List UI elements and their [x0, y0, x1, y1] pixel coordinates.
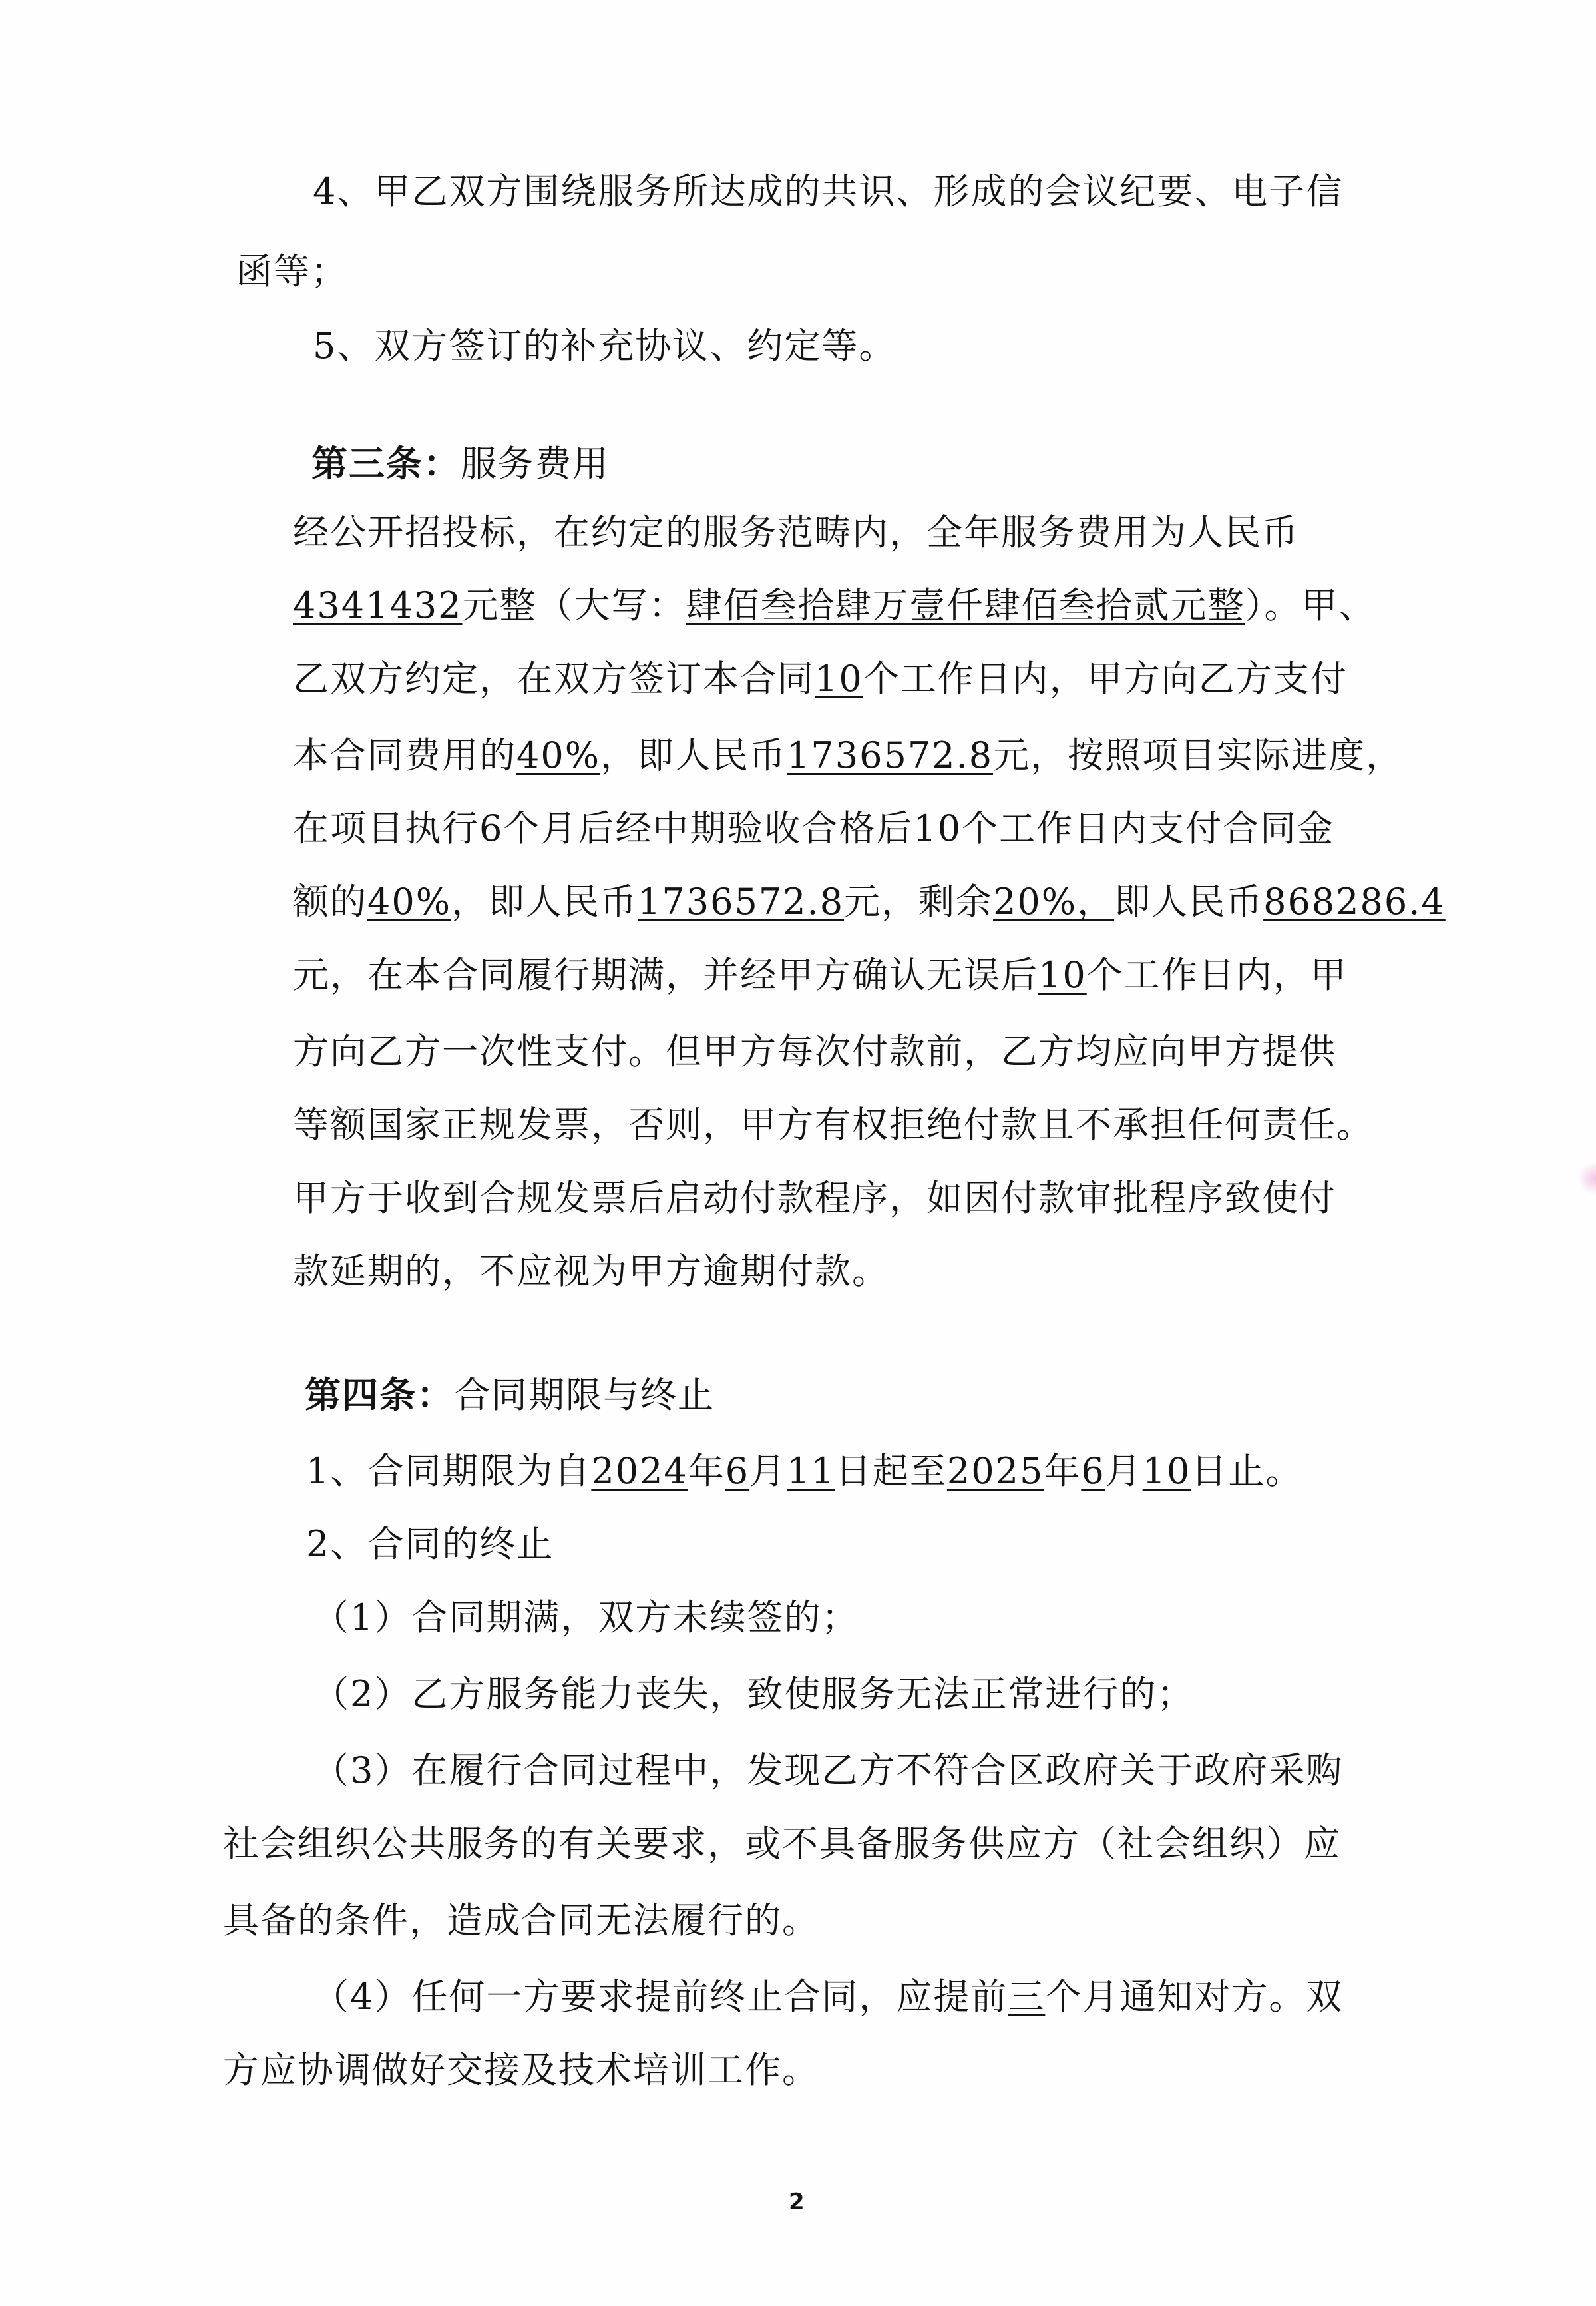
contract-term: 1、合同期限为自2024年6月11日起至2025年6月10日止。: [306, 1447, 1302, 1495]
notice-months: 三: [1008, 1976, 1045, 2018]
item-4-line-1: 4、甲乙双方围绕服务所达成的共识、形成的会议纪要、电子信: [313, 168, 1343, 216]
clause-3-line-1: 经公开招投标，在约定的服务范畴内，全年服务费用为人民币: [293, 509, 1299, 557]
end-month: 6: [1081, 1450, 1105, 1492]
clause-3-heading: 第三条：服务费用: [311, 439, 610, 488]
clause-3-line-2: 4341432元整（大写：肆佰叁拾肆万壹仟肆佰叁拾贰元整）。甲、: [293, 582, 1376, 630]
clause-3-label: 第三条：: [311, 442, 461, 485]
clause-3-line-6: 额的40%，即人民币1736572.8元，剩余20%，即人民币868286.4: [293, 878, 1446, 926]
start-day: 11: [787, 1450, 835, 1492]
clause-4-label: 第四条：: [305, 1373, 454, 1416]
termination-title: 2、合同的终止: [306, 1520, 554, 1568]
first-payment-pct: 40%: [516, 734, 600, 776]
end-year: 2025: [947, 1450, 1044, 1492]
second-payment-amount: 1736572.8: [638, 881, 844, 923]
clause-3-line-8: 方向乙方一次性支付。但甲方每次付款前，乙方均应向甲方提供: [293, 1028, 1336, 1076]
item-5: 5、双方签订的补充协议、约定等。: [313, 322, 896, 370]
final-payment-amount: 868286.4: [1263, 881, 1446, 923]
signing-days: 10: [815, 658, 863, 700]
seal-fragment-icon: [1577, 1162, 1596, 1195]
clause-3-title: 服务费用: [461, 443, 610, 485]
clause-3-line-7: 元，在本合同履行期满，并经甲方确认无误后10个工作日内，甲: [293, 951, 1348, 999]
clause-3-line-3: 乙双方约定，在双方签订本合同10个工作日内，甲方向乙方支付: [293, 655, 1348, 703]
clause-3-line-10: 甲方于收到合规发票后启动付款程序，如因付款审批程序致使付: [293, 1174, 1336, 1222]
total-amount-uppercase: 肆佰叁拾肆万壹仟肆佰叁拾贰元整: [686, 584, 1245, 626]
total-amount: 4341432: [293, 584, 463, 626]
second-payment-pct: 40%: [367, 881, 451, 923]
termination-condition-3-line-3: 具备的条件，造成合同无法履行的。: [223, 1897, 819, 1945]
clause-4-heading: 第四条：合同期限与终止: [305, 1371, 715, 1419]
termination-condition-3-line-1: （3）在履行合同过程中，发现乙方不符合区政府关于政府采购: [313, 1747, 1343, 1795]
end-day: 10: [1143, 1450, 1191, 1492]
termination-condition-4-line-1: （4）任何一方要求提前终止合同，应提前三个月通知对方。双: [313, 1973, 1343, 2021]
termination-condition-1: （1）合同期满，双方未续签的；: [313, 1594, 859, 1642]
start-year: 2024: [591, 1450, 688, 1492]
start-month: 6: [725, 1450, 749, 1492]
clause-3-line-5: 在项目执行6个月后经中期验收合格后10个工作日内支付合同金: [293, 805, 1334, 853]
clause-3-line-9: 等额国家正规发票，否则，甲方有权拒绝付款且不承担任何责任。: [293, 1101, 1374, 1149]
clause-4-title: 合同期限与终止: [454, 1374, 715, 1416]
final-payment-pct: 20%，: [993, 881, 1114, 923]
clause-3-line-4: 本合同费用的40%，即人民币1736572.8元，按照项目实际进度，: [293, 732, 1403, 780]
termination-condition-3-line-2: 社会组织公共服务的有关要求，或不具备服务供应方（社会组织）应: [223, 1820, 1341, 1868]
termination-condition-2: （2）乙方服务能力丧失，致使服务无法正常进行的；: [313, 1670, 1194, 1718]
clause-3-line-11: 款延期的，不应视为甲方逾期付款。: [293, 1248, 889, 1295]
first-payment-amount: 1736572.8: [787, 734, 993, 776]
item-4-line-2: 函等；: [236, 248, 348, 296]
page-number: 2: [789, 2189, 805, 2215]
final-payment-days: 10: [1038, 954, 1087, 996]
termination-condition-4-line-2: 方应协调做好交接及技术培训工作。: [223, 2046, 819, 2094]
document-page: 4、甲乙双方围绕服务所达成的共识、形成的会议纪要、电子信 函等； 5、双方签订的…: [0, 0, 1596, 2306]
